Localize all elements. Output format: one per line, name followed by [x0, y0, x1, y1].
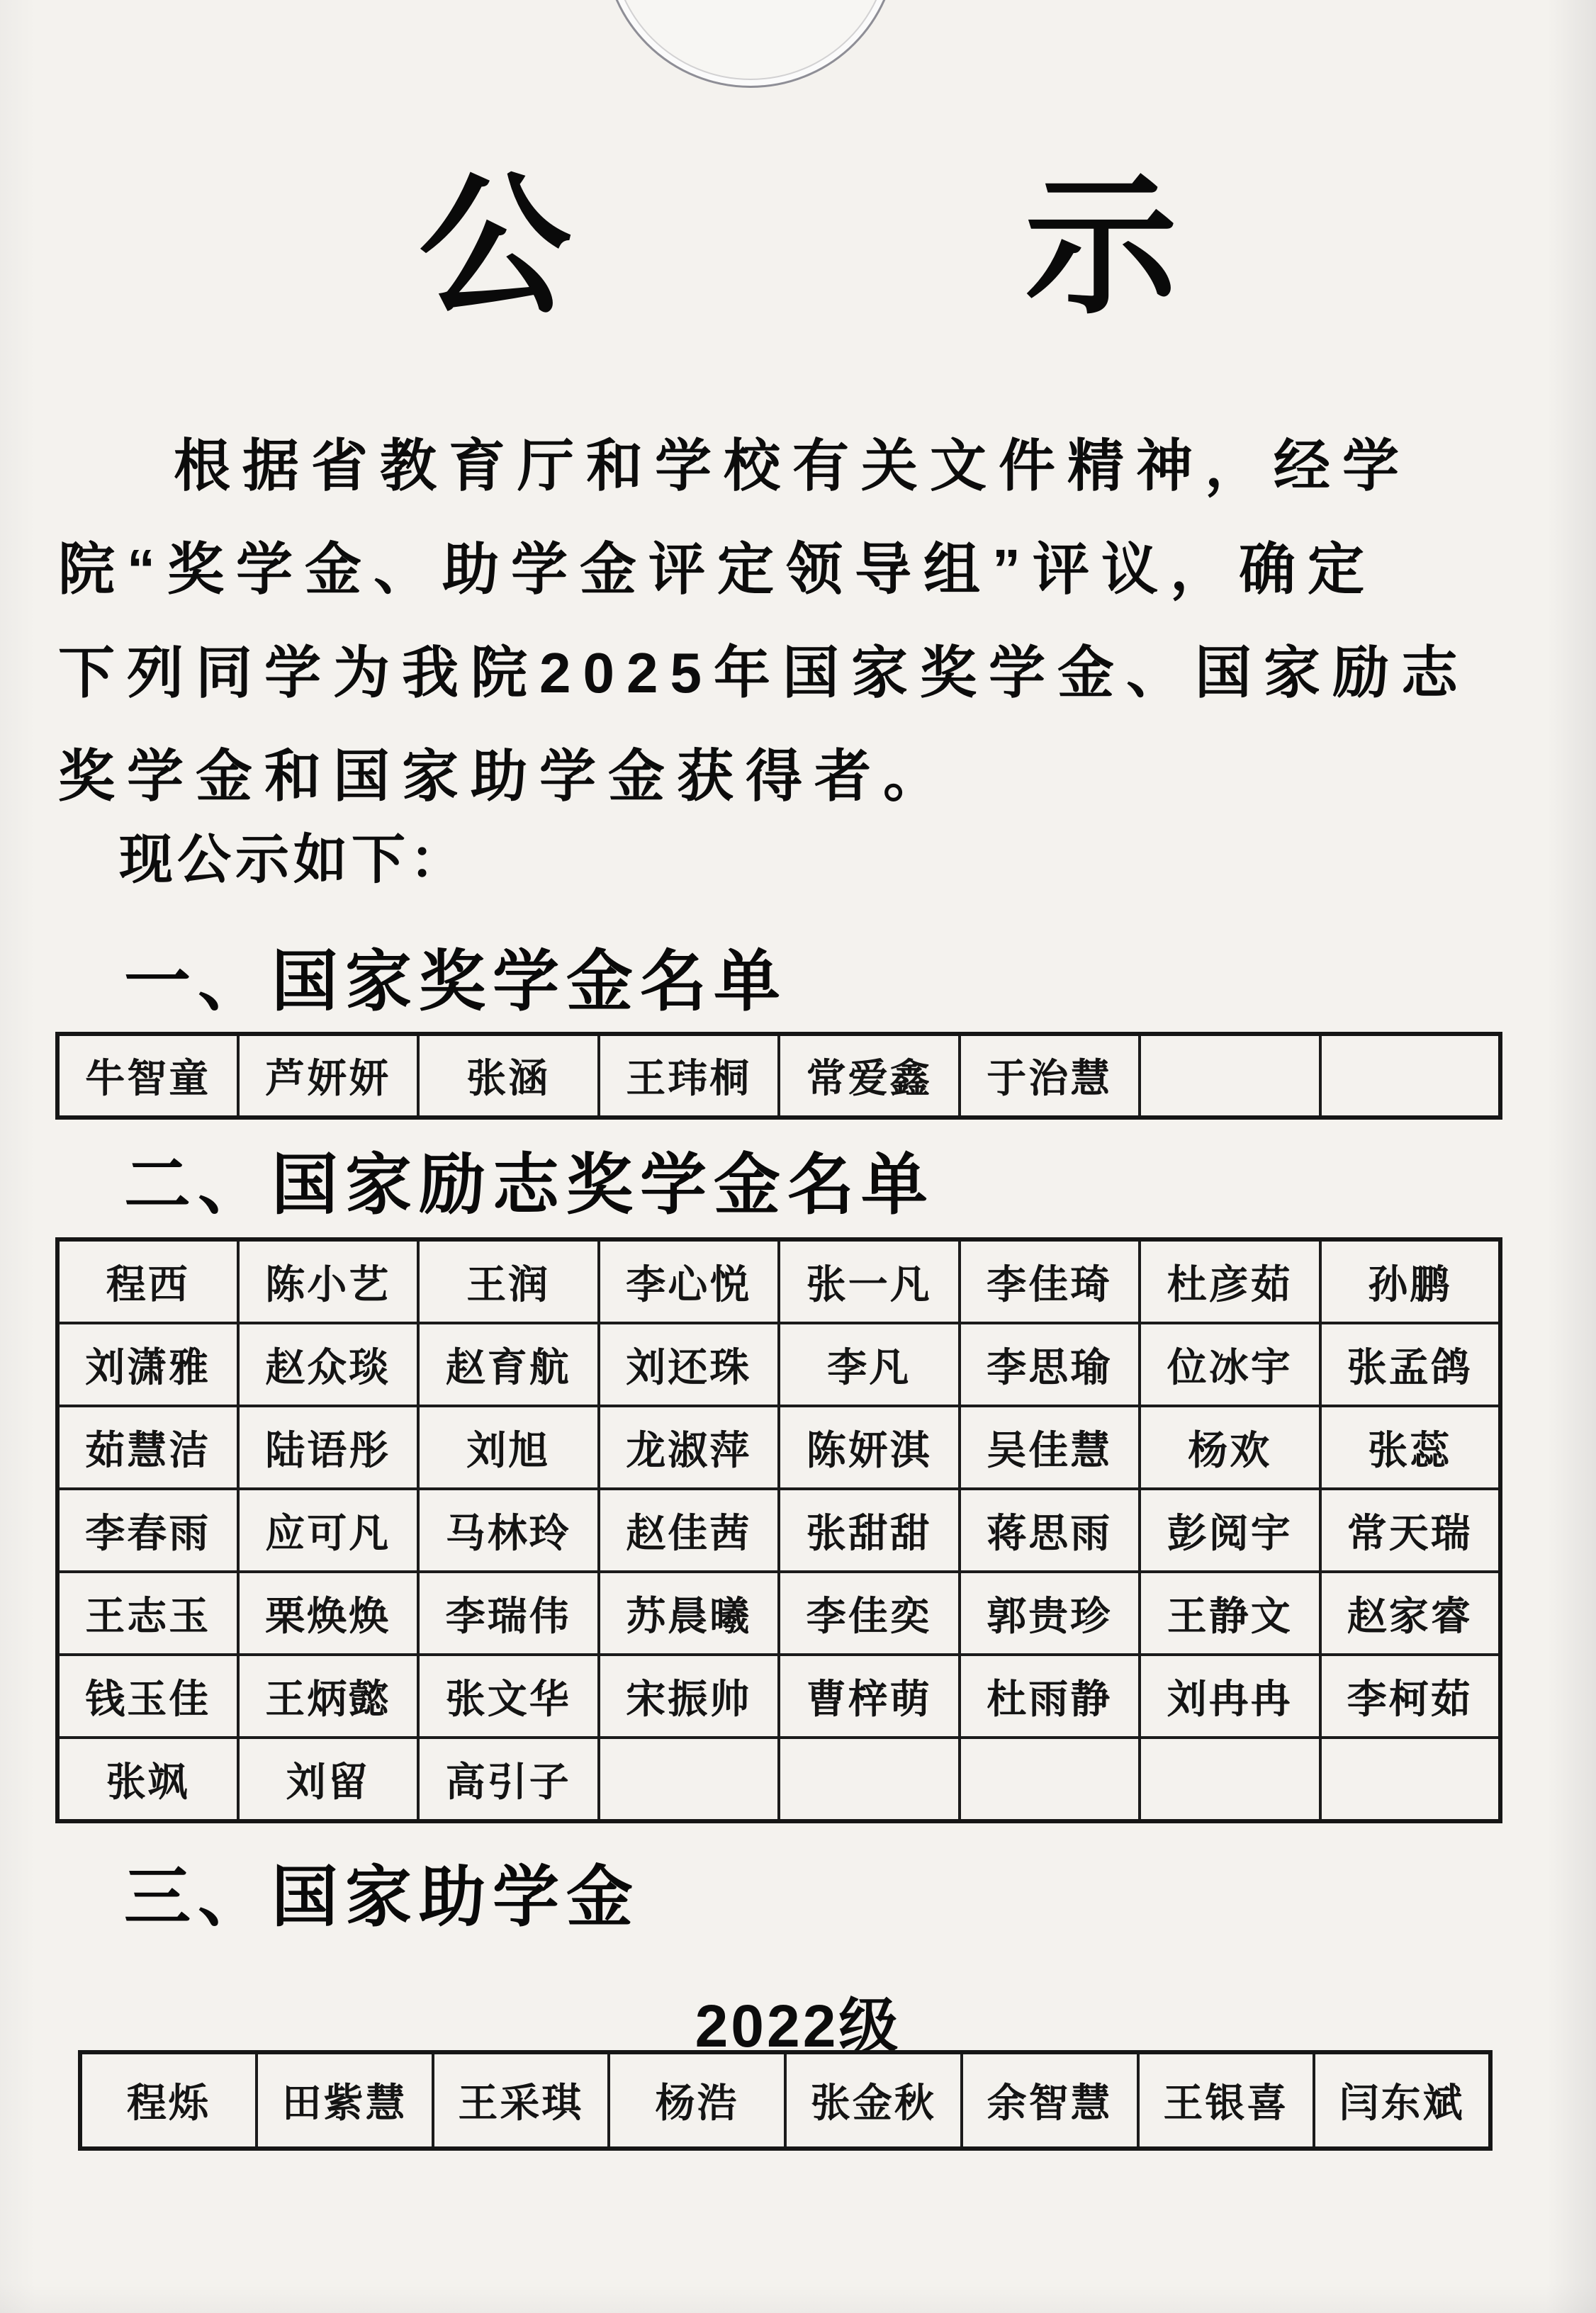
student-name-cell: 蒋思雨	[960, 1489, 1140, 1572]
paragraph-line: 奖学金和国家助学金获得者。	[58, 725, 1447, 828]
student-name-cell: 苏晨曦	[599, 1572, 780, 1655]
student-name-cell: 李思瑜	[960, 1323, 1140, 1406]
table-row: 程西陈小艺王润李心悦张一凡李佳琦杜彦茹孙鹏	[57, 1239, 1500, 1323]
student-name-cell	[779, 1738, 960, 1821]
paragraph-line: 院“奖学金、助学金评定领导组”评议，确定	[58, 518, 1447, 621]
student-name-cell: 杨欢	[1140, 1406, 1320, 1489]
paragraph-line: 下列同学为我院2025年国家奖学金、国家励志	[58, 621, 1447, 725]
student-name-cell: 钱玉佳	[57, 1655, 238, 1738]
student-name-cell: 赵育航	[418, 1323, 599, 1406]
student-name-cell: 张一凡	[779, 1239, 960, 1323]
student-name-cell: 张甜甜	[779, 1489, 960, 1572]
student-name-cell: 高引子	[418, 1738, 599, 1821]
student-name-cell: 曹梓萌	[779, 1655, 960, 1738]
student-name-cell	[1320, 1034, 1501, 1118]
national-scholarship-table: 牛智童芦妍妍张涵王玮桐常爱鑫于治慧	[55, 1032, 1502, 1120]
student-name-cell: 王采琪	[433, 2052, 609, 2149]
student-name-cell: 程西	[57, 1239, 238, 1323]
student-name-cell: 杨浩	[609, 2052, 785, 2149]
student-name-cell: 陈妍淇	[779, 1406, 960, 1489]
section-heading-national-scholarship: 一、国家奖学金名单	[124, 948, 787, 1015]
student-name-cell: 陈小艺	[238, 1239, 419, 1323]
student-name-cell: 李佳琦	[960, 1239, 1140, 1323]
paragraph-line: 根据省教育厅和学校有关文件精神，经学	[58, 415, 1447, 518]
inspirational-scholarship-table: 程西陈小艺王润李心悦张一凡李佳琦杜彦茹孙鹏刘潇雅赵众琰赵育航刘还珠李凡李思瑜位冰…	[55, 1237, 1502, 1823]
student-name-cell: 吴佳慧	[960, 1406, 1140, 1489]
table-row: 王志玉栗焕焕李瑞伟苏晨曦李佳奕郭贵珍王静文赵家睿	[57, 1572, 1500, 1655]
student-name-cell: 刘旭	[418, 1406, 599, 1489]
student-name-cell: 田紫慧	[257, 2052, 433, 2149]
student-name-cell: 常天瑞	[1320, 1489, 1501, 1572]
student-name-cell: 郭贵珍	[960, 1572, 1140, 1655]
student-name-cell: 栗焕焕	[238, 1572, 419, 1655]
student-name-cell	[1320, 1738, 1501, 1821]
student-name-cell: 刘还珠	[599, 1323, 780, 1406]
student-name-cell: 杜雨静	[960, 1655, 1140, 1738]
student-name-cell: 陆语彤	[238, 1406, 419, 1489]
student-name-cell: 应可凡	[238, 1489, 419, 1572]
national-grant-table: 程烁田紫慧王采琪杨浩张金秋余智慧王银喜闫东斌	[78, 2050, 1493, 2151]
student-name-cell: 张文华	[418, 1655, 599, 1738]
student-name-cell: 王玮桐	[599, 1034, 780, 1118]
student-name-cell: 余智慧	[962, 2052, 1138, 2149]
student-name-cell	[1140, 1738, 1320, 1821]
student-name-cell: 马林玲	[418, 1489, 599, 1572]
section-heading-inspirational-scholarship: 二、国家励志奖学金名单	[124, 1152, 935, 1218]
table-row: 张飒刘留高引子	[57, 1738, 1500, 1821]
page-title: 公 示	[0, 170, 1596, 322]
student-name-cell: 李柯茹	[1320, 1655, 1501, 1738]
student-name-cell	[599, 1738, 780, 1821]
table-row: 程烁田紫慧王采琪杨浩张金秋余智慧王银喜闫东斌	[80, 2052, 1490, 2149]
table-row: 牛智童芦妍妍张涵王玮桐常爱鑫于治慧	[57, 1034, 1500, 1118]
student-name-cell: 李佳奕	[779, 1572, 960, 1655]
punch-hole-arc	[603, 0, 898, 88]
student-name-cell	[960, 1738, 1140, 1821]
student-name-cell	[1140, 1034, 1320, 1118]
student-name-cell: 彭阅宇	[1140, 1489, 1320, 1572]
student-name-cell: 王静文	[1140, 1572, 1320, 1655]
student-name-cell: 孙鹏	[1320, 1239, 1501, 1323]
student-name-cell: 王银喜	[1138, 2052, 1315, 2149]
student-name-cell: 宋振帅	[599, 1655, 780, 1738]
student-name-cell: 闫东斌	[1314, 2052, 1490, 2149]
student-name-cell: 程烁	[80, 2052, 257, 2149]
table-row: 钱玉佳王炳懿张文华宋振帅曹梓萌杜雨静刘冉冉李柯茹	[57, 1655, 1500, 1738]
student-name-cell: 李心悦	[599, 1239, 780, 1323]
student-name-cell: 王炳懿	[238, 1655, 419, 1738]
student-name-cell: 刘潇雅	[57, 1323, 238, 1406]
student-name-cell: 龙淑萍	[599, 1406, 780, 1489]
student-name-cell: 赵众琰	[238, 1323, 419, 1406]
student-name-cell: 常爱鑫	[779, 1034, 960, 1118]
student-name-cell: 刘冉冉	[1140, 1655, 1320, 1738]
student-name-cell: 刘留	[238, 1738, 419, 1821]
student-name-cell: 牛智童	[57, 1034, 238, 1118]
student-name-cell: 王润	[418, 1239, 599, 1323]
intro-text: 现公示如下：	[119, 816, 468, 894]
student-name-cell: 张蕊	[1320, 1406, 1501, 1489]
student-name-cell: 茹慧洁	[57, 1406, 238, 1489]
student-name-cell: 王志玉	[57, 1572, 238, 1655]
student-name-cell: 张金秋	[785, 2052, 962, 2149]
announcement-paragraph: 根据省教育厅和学校有关文件精神，经学 院“奖学金、助学金评定领导组”评议，确定 …	[58, 415, 1447, 828]
student-name-cell: 张涵	[418, 1034, 599, 1118]
title-char-right: 示	[1025, 170, 1177, 322]
student-name-cell: 李瑞伟	[418, 1572, 599, 1655]
table-row: 茹慧洁陆语彤刘旭龙淑萍陈妍淇吴佳慧杨欢张蕊	[57, 1406, 1500, 1489]
student-name-cell: 杜彦茹	[1140, 1239, 1320, 1323]
student-name-cell: 赵佳茜	[599, 1489, 780, 1572]
table-row: 李春雨应可凡马林玲赵佳茜张甜甜蒋思雨彭阅宇常天瑞	[57, 1489, 1500, 1572]
section-heading-national-grant: 三、国家助学金	[124, 1864, 640, 1930]
table-row: 刘潇雅赵众琰赵育航刘还珠李凡李思瑜位冰宇张孟鸽	[57, 1323, 1500, 1406]
student-name-cell: 李凡	[779, 1323, 960, 1406]
student-name-cell: 张孟鸽	[1320, 1323, 1501, 1406]
student-name-cell: 于治慧	[960, 1034, 1140, 1118]
scanned-announcement-page: 公 示 根据省教育厅和学校有关文件精神，经学 院“奖学金、助学金评定领导组”评议…	[0, 0, 1596, 2313]
student-name-cell: 李春雨	[57, 1489, 238, 1572]
student-name-cell: 赵家睿	[1320, 1572, 1501, 1655]
student-name-cell: 位冰宇	[1140, 1323, 1320, 1406]
student-name-cell: 张飒	[57, 1738, 238, 1821]
student-name-cell: 芦妍妍	[238, 1034, 419, 1118]
title-char-left: 公	[419, 170, 571, 322]
